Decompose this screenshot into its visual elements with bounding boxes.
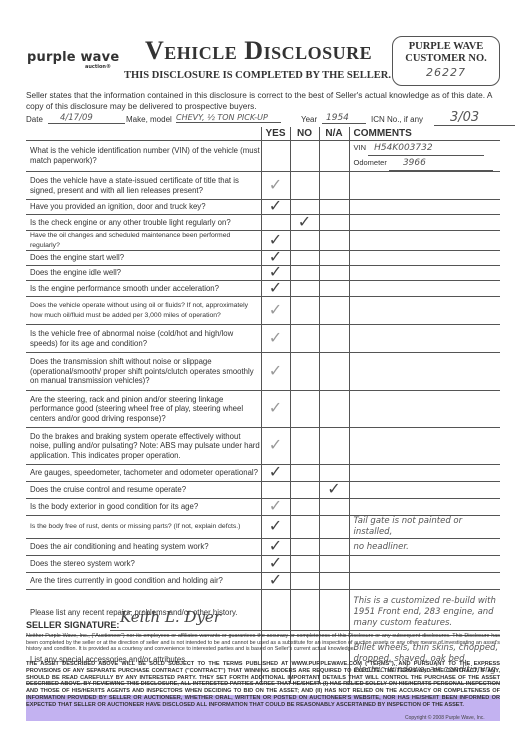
no-header: NO — [290, 127, 319, 141]
comment-field[interactable] — [349, 556, 500, 573]
na-checkbox[interactable] — [319, 172, 349, 200]
table-row: Does the engine start well?✓ — [26, 251, 500, 266]
seller-signature-label: SELLER SIGNATURE: — [26, 620, 119, 630]
na-checkbox[interactable] — [319, 266, 349, 281]
yes-checkbox[interactable]: ✓ — [261, 465, 290, 482]
table-row: Is the body exterior in good condition f… — [26, 499, 500, 516]
page-title: Vehicle Disclosure — [145, 36, 372, 66]
odometer-label: Odometer — [354, 158, 387, 167]
no-checkbox[interactable] — [290, 353, 319, 391]
checkmark-icon: ✓ — [269, 300, 282, 319]
table-row: Is the body free of rust, dents or missi… — [26, 516, 500, 539]
no-checkbox[interactable] — [290, 590, 319, 636]
na-checkbox[interactable] — [319, 297, 349, 325]
no-checkbox[interactable] — [290, 141, 319, 172]
question-text: Is the check engine or any other trouble… — [26, 215, 261, 231]
checkmark-icon: ✓ — [269, 435, 282, 454]
yes-checkbox[interactable]: ✓ — [261, 573, 290, 590]
question-text: Does the vehicle operate without using o… — [26, 297, 261, 325]
table-row: Does the vehicle operate without using o… — [26, 297, 500, 325]
no-checkbox[interactable] — [290, 297, 319, 325]
na-checkbox[interactable] — [319, 556, 349, 573]
question-text: Do the brakes and braking system operate… — [26, 428, 261, 465]
na-checkbox[interactable] — [319, 200, 349, 215]
terms-paragraph: THE ASSET DESCRIBED ABOVE WILL BE SOLD S… — [26, 661, 500, 709]
table-row: What is the vehicle identification numbe… — [26, 141, 500, 172]
yes-checkbox[interactable]: ✓ — [261, 325, 290, 353]
odometer-field[interactable]: 3966 — [389, 157, 493, 171]
question-text: Is the body free of rust, dents or missi… — [26, 516, 261, 539]
logo-subtext: auction® — [85, 64, 111, 70]
yes-checkbox[interactable] — [261, 141, 290, 172]
no-checkbox[interactable] — [290, 325, 319, 353]
year-field[interactable]: 1954 — [322, 113, 366, 124]
checkmark-icon: ✓ — [269, 361, 282, 380]
customer-number-box: PURPLE WAVE CUSTOMER NO. 26227 — [392, 36, 500, 86]
seller-signature[interactable]: Keith L. Dyer — [120, 608, 221, 626]
vin-label: VIN — [354, 143, 367, 152]
yes-checkbox[interactable]: ✓ — [261, 281, 290, 297]
question-text: Does the air conditioning and heating sy… — [26, 539, 261, 556]
checkmark-icon: ✓ — [269, 196, 282, 215]
checkmark-icon: ✓ — [269, 278, 282, 297]
checkmark-icon: ✓ — [269, 516, 282, 535]
no-checkbox[interactable] — [290, 391, 319, 428]
no-checkbox[interactable] — [290, 231, 319, 251]
icn-label: ICN No., if any — [371, 115, 423, 124]
yes-checkbox[interactable]: ✓ — [261, 428, 290, 465]
table-row: Does the transmission shift without nois… — [26, 353, 500, 391]
na-checkbox[interactable] — [319, 215, 349, 231]
checkmark-icon: ✓ — [269, 328, 282, 347]
na-checkbox[interactable] — [319, 573, 349, 590]
na-checkbox[interactable]: ✓ — [319, 482, 349, 499]
na-checkbox[interactable] — [319, 353, 349, 391]
copyright-notice: Copyright © 2008 Purple Wave, Inc. — [405, 715, 485, 721]
table-row: Are gauges, speedometer, tachometer and … — [26, 465, 500, 482]
yes-checkbox[interactable] — [261, 590, 290, 636]
yes-checkbox[interactable]: ✓ — [261, 353, 290, 391]
question-text: Are the steering, rack and pinion and/or… — [26, 391, 261, 428]
comments-header: COMMENTS — [349, 127, 500, 141]
date-label: Date — [26, 115, 43, 124]
no-checkbox[interactable] — [290, 281, 319, 297]
signature-line — [110, 630, 500, 631]
no-checkbox[interactable] — [290, 539, 319, 556]
checkmark-icon: ✓ — [269, 496, 282, 515]
handwritten-comment: no headliner. — [354, 542, 409, 552]
na-checkbox[interactable] — [319, 281, 349, 297]
comment-field[interactable] — [349, 251, 500, 266]
na-checkbox[interactable] — [319, 325, 349, 353]
na-checkbox[interactable] — [319, 428, 349, 465]
table-row: Does the stereo system work?✓ — [26, 556, 500, 573]
table-row: Have you provided an ignition, door and … — [26, 200, 500, 215]
question-text: Does the vehicle have a state-issued cer… — [26, 172, 261, 200]
make-label: Make, model — [126, 115, 172, 124]
comment-field[interactable] — [349, 297, 500, 325]
no-checkbox[interactable] — [290, 465, 319, 482]
year-label: Year — [301, 115, 317, 124]
customer-box-label-2: CUSTOMER NO. — [393, 53, 499, 65]
na-checkbox[interactable] — [319, 141, 349, 172]
checkmark-icon: ✓ — [298, 212, 311, 231]
intro-statement: Seller states that the information conta… — [26, 90, 506, 111]
question-text: Does the stereo system work? — [26, 556, 261, 573]
icn-field[interactable]: 3/03 — [434, 110, 515, 126]
question-text: What is the vehicle identification numbe… — [26, 141, 261, 172]
vin-field[interactable]: H54K003732 — [368, 142, 484, 156]
table-row: Are the tires currently in good conditio… — [26, 573, 500, 590]
question-header — [26, 127, 261, 141]
na-checkbox[interactable] — [319, 516, 349, 539]
page-subtitle: THIS DISCLOSURE IS COMPLETED BY THE SELL… — [124, 70, 391, 81]
question-text: Have the oil changes and scheduled maint… — [26, 231, 261, 251]
date-field[interactable]: 4/17/09 — [48, 113, 125, 124]
table-row: Have the oil changes and scheduled maint… — [26, 231, 500, 251]
comment-field[interactable] — [349, 465, 500, 482]
disclaimer-paragraph: Neither Purple Wave, Inc., ("Auctioneer"… — [26, 633, 500, 653]
question-text: Is the body exterior in good condition f… — [26, 499, 261, 516]
question-text: Are gauges, speedometer, tachometer and … — [26, 465, 261, 482]
vehicle-info-line: Date 4/17/09 Make, model CHEVY, ½ TON PI… — [26, 113, 506, 127]
na-checkbox[interactable] — [319, 251, 349, 266]
no-checkbox[interactable] — [290, 428, 319, 465]
no-checkbox[interactable] — [290, 499, 319, 516]
yes-checkbox[interactable]: ✓ — [261, 391, 290, 428]
comment-field[interactable]: This is a customized re-build with 1951 … — [349, 590, 500, 636]
disclosure-table: YES NO N/A COMMENTS What is the vehicle … — [26, 127, 500, 684]
comment-field[interactable] — [349, 499, 500, 516]
customer-box-label-1: PURPLE WAVE — [393, 41, 499, 53]
checkmark-icon: ✓ — [327, 479, 340, 498]
question-text: Are the tires currently in good conditio… — [26, 573, 261, 590]
question-text: Have you provided an ignition, door and … — [26, 200, 261, 215]
comment-field[interactable] — [349, 353, 500, 391]
comment-field[interactable] — [349, 266, 500, 281]
handwritten-comment: This is a customized re-build with 1951 … — [354, 596, 496, 628]
checkmark-icon: ✓ — [269, 230, 282, 249]
table-row: Are the steering, rack and pinion and/or… — [26, 391, 500, 428]
na-checkbox[interactable] — [319, 231, 349, 251]
make-model-field[interactable]: CHEVY, ½ TON PICK-UP — [176, 113, 281, 123]
checkmark-icon: ✓ — [269, 462, 282, 481]
no-checkbox[interactable] — [290, 482, 319, 499]
no-checkbox[interactable] — [290, 266, 319, 281]
na-checkbox[interactable] — [319, 539, 349, 556]
comment-field[interactable] — [349, 391, 500, 428]
comment-field[interactable] — [349, 325, 500, 353]
comment-field[interactable] — [349, 172, 500, 200]
table-row: Does the cruise control and resume opera… — [26, 482, 500, 499]
yes-header: YES — [261, 127, 290, 141]
handwritten-comment: Tail gate is not painted or installed, — [354, 516, 463, 537]
comment-field[interactable]: Tail gate is not painted or installed, — [349, 516, 500, 539]
comment-field[interactable] — [349, 428, 500, 465]
na-checkbox[interactable] — [319, 391, 349, 428]
comment-field[interactable] — [349, 482, 500, 499]
no-checkbox[interactable] — [290, 556, 319, 573]
question-text: Does the engine start well? — [26, 251, 261, 266]
no-checkbox[interactable] — [290, 573, 319, 590]
checkmark-icon: ✓ — [269, 398, 282, 417]
table-row: Does the air conditioning and heating sy… — [26, 539, 500, 556]
no-checkbox[interactable] — [290, 516, 319, 539]
na-header: N/A — [319, 127, 349, 141]
yes-checkbox[interactable]: ✓ — [261, 200, 290, 215]
comment-field[interactable] — [349, 215, 500, 231]
no-checkbox[interactable]: ✓ — [290, 215, 319, 231]
table-row: Do the brakes and braking system operate… — [26, 428, 500, 465]
na-checkbox[interactable] — [319, 590, 349, 636]
na-checkbox[interactable] — [319, 499, 349, 516]
table-row: Is the vehicle free of abnormal noise (c… — [26, 325, 500, 353]
table-row: Is the check engine or any other trouble… — [26, 215, 500, 231]
yes-checkbox[interactable] — [261, 215, 290, 231]
no-checkbox[interactable] — [290, 172, 319, 200]
comment-field[interactable]: no headliner. — [349, 539, 500, 556]
customer-number-value[interactable]: 26227 — [393, 66, 499, 79]
table-row: Does the vehicle have a state-issued cer… — [26, 172, 500, 200]
question-text: Is the vehicle free of abnormal noise (c… — [26, 325, 261, 353]
checkmark-icon: ✓ — [269, 175, 282, 194]
purple-wave-logo: purple wave — [27, 50, 119, 65]
yes-checkbox[interactable]: ✓ — [261, 516, 290, 539]
question-text: Is the engine performance smooth under a… — [26, 281, 261, 297]
yes-checkbox[interactable]: ✓ — [261, 499, 290, 516]
question-text: Does the transmission shift without nois… — [26, 353, 261, 391]
table-row: Does the engine idle well?✓ — [26, 266, 500, 281]
comment-field[interactable]: VIN H54K003732Odometer 3966 — [349, 141, 500, 172]
comment-field[interactable] — [349, 281, 500, 297]
yes-checkbox[interactable]: ✓ — [261, 297, 290, 325]
question-text: Does the cruise control and resume opera… — [26, 482, 261, 499]
table-row: Is the engine performance smooth under a… — [26, 281, 500, 297]
question-text: Does the engine idle well? — [26, 266, 261, 281]
checkmark-icon: ✓ — [269, 570, 282, 589]
comment-field[interactable] — [349, 231, 500, 251]
comment-field[interactable] — [349, 573, 500, 590]
no-checkbox[interactable] — [290, 251, 319, 266]
comment-field[interactable] — [349, 200, 500, 215]
